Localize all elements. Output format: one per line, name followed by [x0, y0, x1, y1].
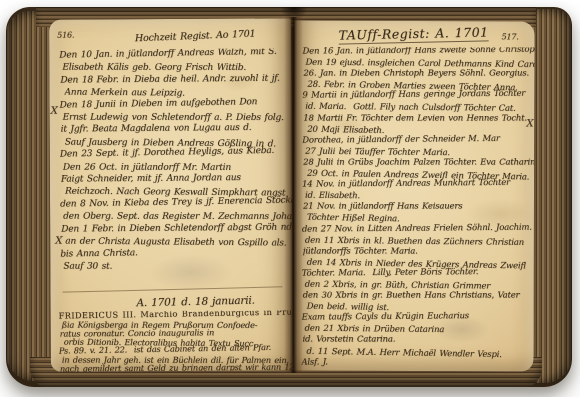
note-line: nach gemildert samt Geld zu bringen darp…	[60, 362, 293, 371]
register-line: 28 Julii in Grübs Joachim Palzen Töchter…	[303, 158, 534, 169]
coronation-note-heading: A. 1701 d. 18 januarii.	[110, 294, 280, 310]
register-line: 21 Nov. in jütlandorff Hans Keisauers	[303, 202, 534, 213]
register-line: Exam tauffs Cayls du Krügin Eucharius	[302, 311, 534, 324]
register-line: 14 Nov. in jütlandorff Andreas Munkhart …	[302, 178, 534, 191]
register-line: den 27 Nov. in Litten Andreas Frielen Sö…	[302, 222, 534, 235]
left-page: 516. Hochzeit Regist. Ao 1701 X X Den 10…	[49, 18, 293, 371]
register-line: Den 10 Jan. in jütlandorff Andreas Walzh…	[59, 48, 291, 62]
register-line: Den 23 Sept. it jf. Dorothea Heyligs, au…	[60, 145, 292, 161]
register-line: Sauf 30 st.	[63, 260, 292, 273]
note-line: FRIDERICUS III. Marchio Brandenburgicus …	[59, 310, 293, 320]
spine-notch	[276, 7, 312, 24]
ink-divider-line	[63, 286, 283, 292]
register-line: Alsf. J.	[301, 355, 533, 368]
register-line: Töchter. Maria. Lilly, Peter Böris Töcht…	[302, 266, 534, 279]
marriage-register-title: Hochzeit Regist. Ao 1701	[117, 28, 273, 45]
register-line: 26. Jan. in Dieben Christoph Beyers Söhn…	[303, 69, 534, 80]
coronation-note-paragraph: FRIDERICUS III. Marchio Brandenburgicus …	[59, 310, 293, 371]
baptism-entries: Den 16 Jan. in jütlandorff Hans zweite S…	[301, 47, 534, 370]
photo-background: 516. Hochzeit Regist. Ao 1701 X X Den 10…	[0, 0, 580, 397]
right-page: TAUff-Regist: A. 1701 517. X Den 16 Jan.…	[293, 21, 534, 372]
register-line: Den 16 Jan. in jütlandorff Hans zweite S…	[302, 47, 534, 58]
open-book: 516. Hochzeit Regist. Ao 1701 X X Den 10…	[6, 7, 572, 387]
register-line: Den 1 Febr. in Dieben Schletendorff abgs…	[61, 221, 292, 235]
register-line: jütlandorffs Töchter. Maria.	[303, 246, 534, 257]
register-line: Dorothea, in jütlandorff der Schneider M…	[302, 133, 534, 146]
register-line: 9 Martii in jütlandorff Hans geringe Jor…	[302, 89, 534, 102]
baptism-register-title: TAUff-Regist: A. 1701	[338, 24, 488, 44]
register-line: it Jgfr. Beata Magdalena von Lugau aus d…	[61, 122, 292, 136]
note-line: ratus coronatur. Concio inauguralis in	[60, 327, 293, 338]
page-number-right: 517.	[502, 32, 519, 41]
register-line: Faigt Schneider, mit jf. Anna Jordan aus	[61, 172, 292, 186]
marriage-entries: Den 10 Jan. in jütlandorff Andreas Walzh…	[59, 48, 292, 275]
register-line: Den 18 Febr. in Dieba die heil. Andr. zu…	[60, 72, 291, 86]
register-line: id. Vorstetin Catarina.	[302, 335, 533, 346]
register-line: den 30 Xbris in gr. Buethen Hans Christi…	[303, 291, 534, 302]
margin-cross-mark: X	[51, 106, 58, 117]
register-line: 18 Martii Fr. Töchter dem Levien von Hen…	[303, 113, 534, 124]
page-number-left: 516.	[57, 31, 74, 40]
